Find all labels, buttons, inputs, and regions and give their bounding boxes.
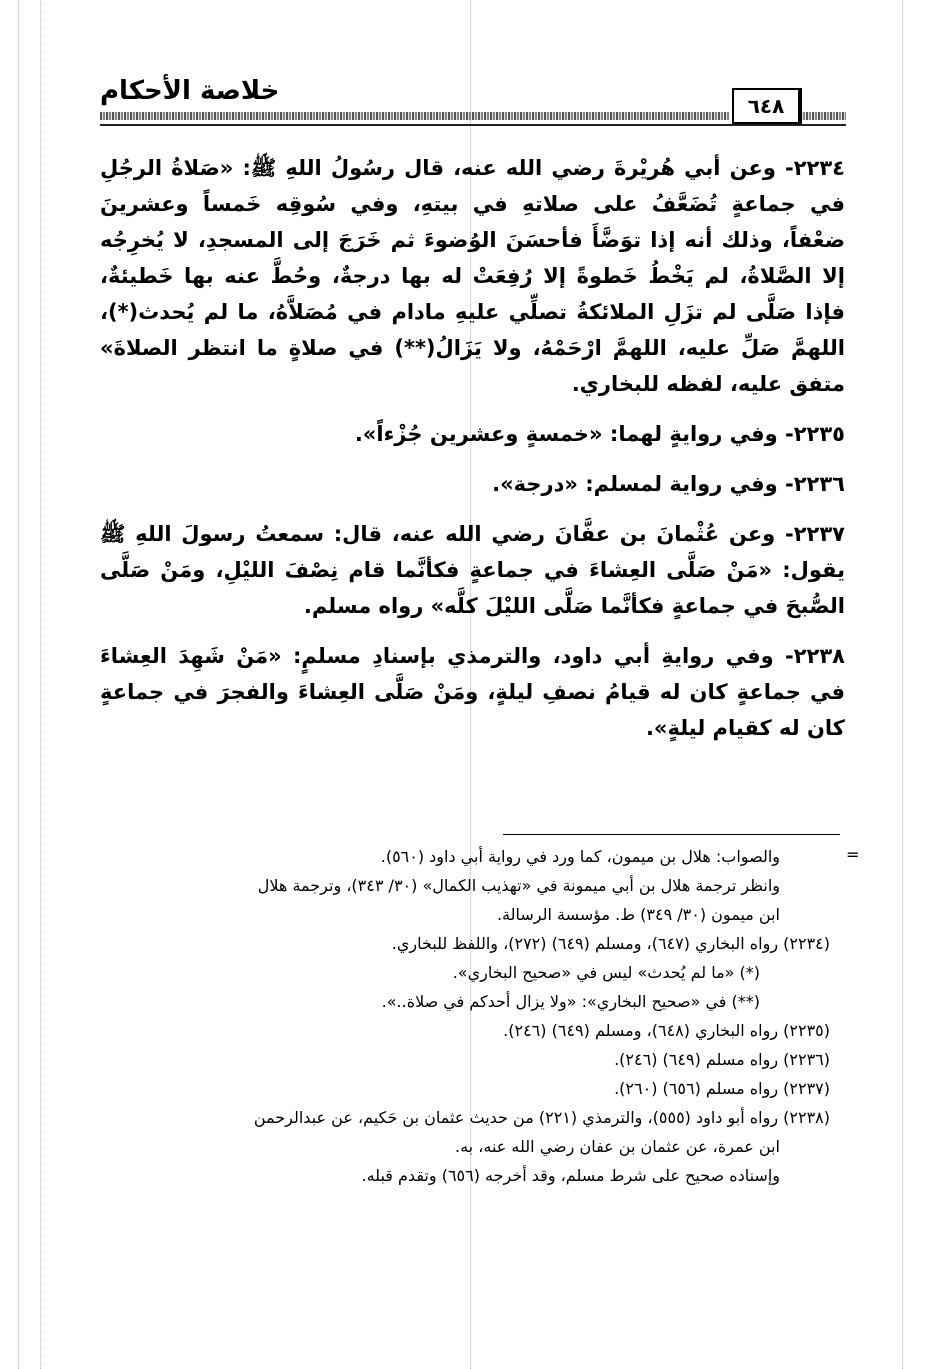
decorative-band-right bbox=[800, 112, 846, 120]
footnote-2237: (٢٢٣٧) رواه مسلم (٦٥٦) (٢٦٠). bbox=[100, 1074, 860, 1103]
scan-artifact-line bbox=[40, 0, 41, 1369]
footnote-star: (*) «ما لم يُحدث» ليس في «صحيح البخاري». bbox=[100, 958, 860, 987]
footnote-double-star: (**) في «صحيح البخاري»: «ولا يزال أحدكم … bbox=[100, 987, 860, 1016]
page-header: خلاصة الأحكام ٦٤٨ bbox=[100, 75, 846, 127]
hadith-2236: ٢٢٣٦- وفي رواية لمسلم: «درجة». bbox=[100, 466, 845, 502]
footnote-line: وانظر ترجمة هلال بن أبي ميمونة في «تهذيب… bbox=[100, 871, 860, 900]
hadith-2237: ٢٢٣٧- وعن عُثْمانَ بن عفَّانَ رضي الله ع… bbox=[100, 516, 845, 624]
footnote-line: ابن عمرة، عن عثمان بن عفان رضي الله عنه،… bbox=[100, 1132, 860, 1161]
book-page: خلاصة الأحكام ٦٤٨ ٢٢٣٤- وعن أبي هُريْرةَ… bbox=[0, 0, 942, 1369]
footnote-2235: (٢٢٣٥) رواه البخاري (٦٤٨)، ومسلم (٦٤٩) (… bbox=[100, 1016, 860, 1045]
hadith-2238: ٢٢٣٨- وفي روايةِ أبي داود، والترمذي بإسن… bbox=[100, 638, 845, 746]
scan-artifact-line bbox=[902, 0, 903, 1369]
book-title: خلاصة الأحكام bbox=[100, 75, 279, 107]
footnote-2236: (٢٢٣٦) رواه مسلم (٦٤٩) (٢٤٦). bbox=[100, 1045, 860, 1074]
footnotes: والصواب: هلال بن ميمون، كما ورد في رواية… bbox=[100, 842, 860, 1190]
hadith-2235: ٢٢٣٥- وفي روايةٍ لهما: «خمسةٍ وعشرين جُز… bbox=[100, 416, 845, 452]
page-number: ٦٤٨ bbox=[732, 88, 802, 125]
footnote-line: والصواب: هلال بن ميمون، كما ورد في رواية… bbox=[100, 842, 860, 871]
main-text: ٢٢٣٤- وعن أبي هُريْرةَ رضي الله عنه، قال… bbox=[100, 150, 845, 760]
header-divider bbox=[100, 124, 846, 126]
footnote-2234: (٢٢٣٤) رواه البخاري (٦٤٧)، ومسلم (٦٤٩) (… bbox=[100, 929, 860, 958]
footnote-line: وإسناده صحيح على شرط مسلم، وقد أخرجه (٦٥… bbox=[100, 1161, 860, 1190]
decorative-band bbox=[100, 112, 730, 120]
footnote-2238: (٢٢٣٨) رواه أبو داود (٥٥٥)، والترمذي (٢٢… bbox=[100, 1103, 860, 1132]
scan-artifact-line bbox=[18, 0, 19, 1369]
hadith-2234: ٢٢٣٤- وعن أبي هُريْرةَ رضي الله عنه، قال… bbox=[100, 150, 845, 402]
footnote-divider bbox=[503, 834, 840, 835]
footnote-line: ابن ميمون (٣٠/ ٣٤٩) ط. مؤسسة الرسالة. bbox=[100, 900, 860, 929]
